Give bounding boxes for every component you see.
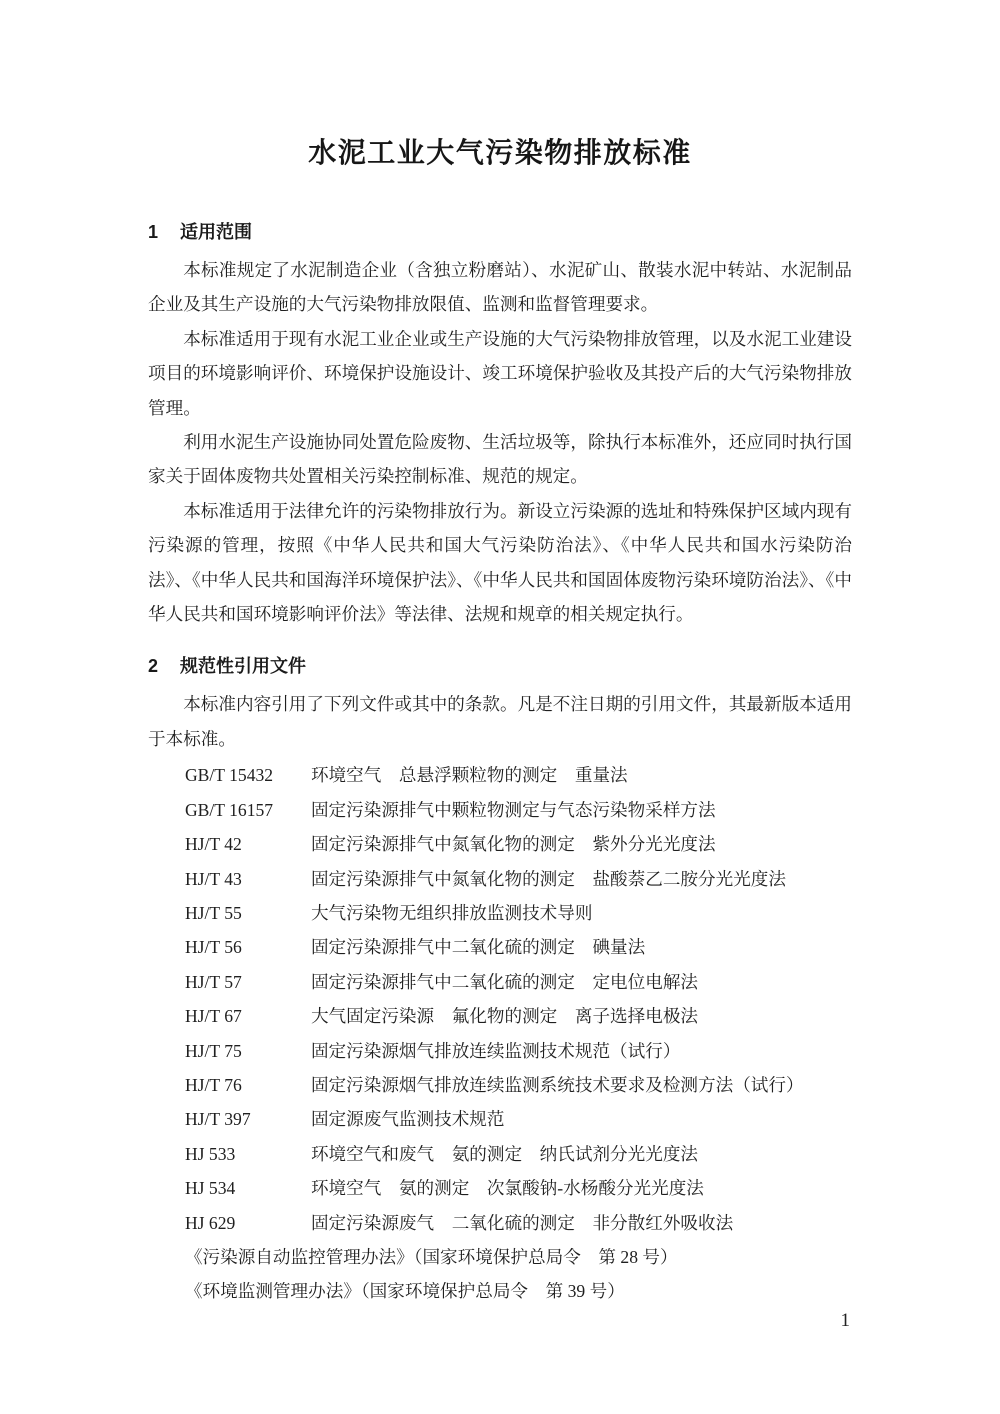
reference-code: HJ 629	[185, 1206, 311, 1240]
section-1-number: 1	[148, 219, 160, 245]
reference-title: 固定污染源排气中氮氧化物的测定 紫外分光光度法	[311, 827, 852, 861]
section-2-title: 规范性引用文件	[180, 656, 306, 676]
reference-code: GB/T 16157	[185, 793, 311, 827]
reference-row: HJ/T 75固定污染源烟气排放连续监测技术规范（试行）	[148, 1034, 852, 1068]
reference-code: HJ/T 75	[185, 1034, 311, 1068]
reference-title: 固定污染源排气中二氧化硫的测定 碘量法	[311, 930, 852, 964]
reference-row: HJ/T 57固定污染源排气中二氧化硫的测定 定电位电解法	[148, 965, 852, 999]
section-1-paragraph: 利用水泥生产设施协同处置危险废物、生活垃圾等，除执行本标准外，还应同时执行国家关…	[148, 425, 852, 494]
section-1-heading: 1适用范围	[148, 219, 852, 245]
document-page: { "page": { "title": "水泥工业大气污染物排放标准", "p…	[0, 0, 1000, 1414]
reference-code: HJ/T 67	[185, 999, 311, 1033]
reference-title: 大气污染物无组织排放监测技术导则	[311, 896, 852, 930]
reference-title: 固定源废气监测技术规范	[311, 1102, 852, 1136]
section-1-paragraph: 本标准适用于法律允许的污染物排放行为。新设立污染源的选址和特殊保护区域内现有污染…	[148, 494, 852, 632]
reference-row: HJ 533环境空气和废气 氨的测定 纳氏试剂分光光度法	[148, 1137, 852, 1171]
reference-title: 环境空气 氨的测定 次氯酸钠-水杨酸分光光度法	[311, 1171, 852, 1205]
reference-list: GB/T 15432环境空气 总悬浮颗粒物的测定 重量法 GB/T 16157固…	[148, 758, 852, 1240]
reference-code: HJ/T 56	[185, 930, 311, 964]
reference-row: GB/T 15432环境空气 总悬浮颗粒物的测定 重量法	[148, 758, 852, 792]
reference-code: HJ/T 57	[185, 965, 311, 999]
section-1-paragraph: 本标准适用于现有水泥工业企业或生产设施的大气污染物排放管理，以及水泥工业建设项目…	[148, 322, 852, 425]
section-1-paragraph: 本标准规定了水泥制造企业（含独立粉磨站）、水泥矿山、散装水泥中转站、水泥制品企业…	[148, 253, 852, 322]
document-body: 水泥工业大气污染物排放标准 1适用范围 本标准规定了水泥制造企业（含独立粉磨站）…	[148, 0, 852, 1309]
reference-row: GB/T 16157固定污染源排气中颗粒物测定与气态污染物采样方法	[148, 793, 852, 827]
reference-row: HJ/T 67大气固定污染源 氟化物的测定 离子选择电极法	[148, 999, 852, 1033]
regulation-line: 《污染源自动监控管理办法》（国家环境保护总局令 第 28 号）	[148, 1240, 852, 1274]
reference-code: HJ 533	[185, 1137, 311, 1171]
reference-row: HJ/T 43固定污染源排气中氮氧化物的测定 盐酸萘乙二胺分光光度法	[148, 862, 852, 896]
reference-row: HJ 534环境空气 氨的测定 次氯酸钠-水杨酸分光光度法	[148, 1171, 852, 1205]
reference-code: GB/T 15432	[185, 758, 311, 792]
reference-code: HJ/T 76	[185, 1068, 311, 1102]
reference-code: HJ/T 55	[185, 896, 311, 930]
reference-row: HJ/T 56固定污染源排气中二氧化硫的测定 碘量法	[148, 930, 852, 964]
reference-row: HJ 629固定污染源废气 二氧化硫的测定 非分散红外吸收法	[148, 1206, 852, 1240]
reference-code: HJ/T 42	[185, 827, 311, 861]
reference-title: 环境空气 总悬浮颗粒物的测定 重量法	[311, 758, 852, 792]
reference-row: HJ/T 42固定污染源排气中氮氧化物的测定 紫外分光光度法	[148, 827, 852, 861]
document-title: 水泥工业大气污染物排放标准	[148, 0, 852, 173]
reference-row: HJ/T 76固定污染源烟气排放连续监测系统技术要求及检测方法（试行）	[148, 1068, 852, 1102]
reference-title: 固定污染源排气中二氧化硫的测定 定电位电解法	[311, 965, 852, 999]
reference-title: 固定污染源废气 二氧化硫的测定 非分散红外吸收法	[311, 1206, 852, 1240]
reference-title: 固定污染源烟气排放连续监测技术规范（试行）	[311, 1034, 852, 1068]
reference-title: 固定污染源排气中颗粒物测定与气态污染物采样方法	[311, 793, 852, 827]
reference-code: HJ/T 397	[185, 1102, 311, 1136]
reference-code: HJ 534	[185, 1171, 311, 1205]
reference-title: 大气固定污染源 氟化物的测定 离子选择电极法	[311, 999, 852, 1033]
reference-title: 环境空气和废气 氨的测定 纳氏试剂分光光度法	[311, 1137, 852, 1171]
reference-row: HJ/T 397固定源废气监测技术规范	[148, 1102, 852, 1136]
page-number: 1	[841, 1308, 851, 1334]
section-2-heading: 2规范性引用文件	[148, 653, 852, 679]
section-1-title: 适用范围	[180, 222, 252, 242]
reference-title: 固定污染源排气中氮氧化物的测定 盐酸萘乙二胺分光光度法	[311, 862, 852, 896]
reference-row: HJ/T 55大气污染物无组织排放监测技术导则	[148, 896, 852, 930]
regulation-line: 《环境监测管理办法》（国家环境保护总局令 第 39 号）	[148, 1274, 852, 1308]
reference-code: HJ/T 43	[185, 862, 311, 896]
section-2-number: 2	[148, 653, 160, 679]
reference-title: 固定污染源烟气排放连续监测系统技术要求及检测方法（试行）	[311, 1068, 852, 1102]
section-2-paragraph: 本标准内容引用了下列文件或其中的条款。凡是不注日期的引用文件，其最新版本适用于本…	[148, 687, 852, 756]
